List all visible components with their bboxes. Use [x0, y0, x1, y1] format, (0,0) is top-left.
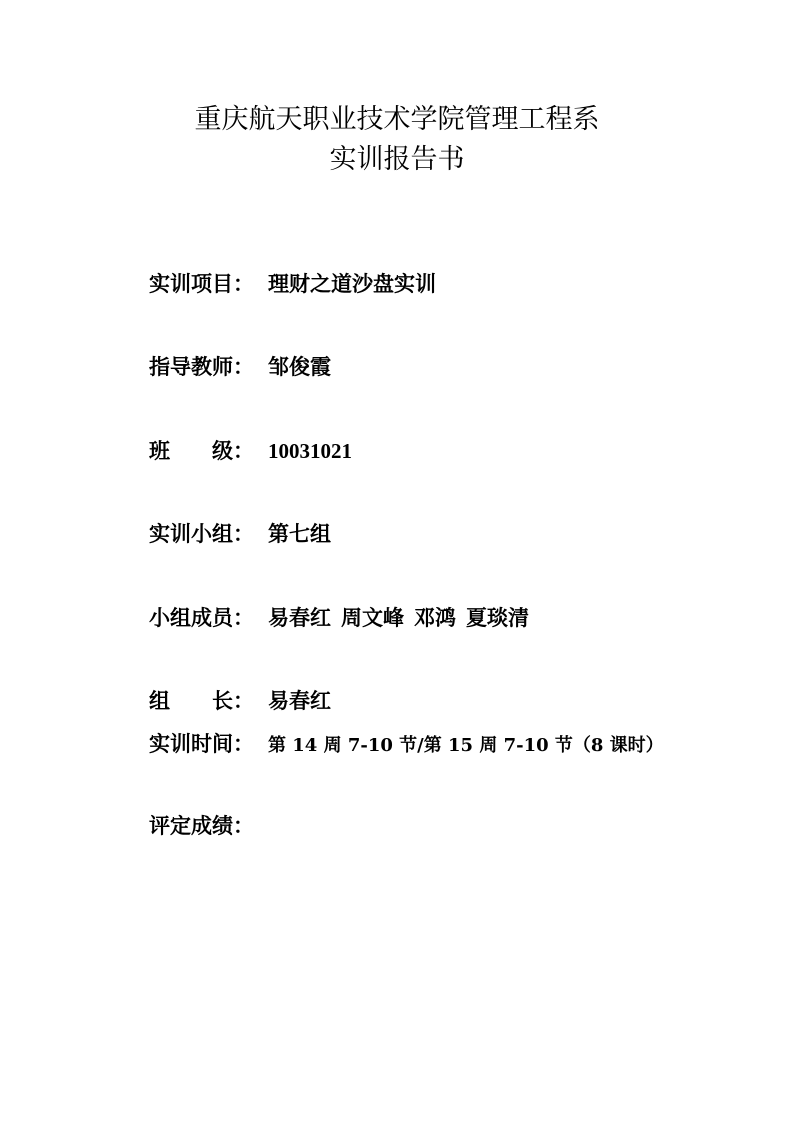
- field-members: 小组成员：易春红周文峰邓鸿夏琰清: [149, 607, 529, 628]
- field-label: 班 级：: [149, 440, 268, 461]
- member-name: 邓鸿: [414, 605, 456, 630]
- field-label: 实训小组：: [149, 523, 268, 544]
- field-grade: 评定成绩：: [149, 815, 268, 836]
- field-leader: 组 长：易春红: [149, 690, 331, 711]
- field-teacher: 指导教师：邹俊霞: [149, 356, 331, 377]
- field-value: 第七组: [268, 521, 331, 546]
- document-title-report: 实训报告书: [0, 146, 794, 173]
- field-project: 实训项目：理财之道沙盘实训: [149, 273, 436, 294]
- member-name: 夏琰清: [466, 605, 529, 630]
- field-value: 邹俊霞: [268, 354, 331, 379]
- field-label: 组 长：: [149, 690, 268, 711]
- field-value: 易春红: [268, 688, 331, 713]
- document-title-department: 重庆航天职业技术学院管理工程系: [0, 106, 794, 133]
- field-value: 第 14 周 7-10 节/第 15 周 7-10 节（8 课时）: [268, 735, 664, 756]
- field-value: 10031021: [268, 439, 352, 463]
- field-class: 班 级：10031021: [149, 440, 352, 462]
- field-group: 实训小组：第七组: [149, 523, 331, 544]
- field-label: 实训项目：: [149, 273, 268, 294]
- field-label: 评定成绩：: [149, 815, 268, 836]
- member-name: 周文峰: [341, 605, 404, 630]
- field-label: 指导教师：: [149, 356, 268, 377]
- field-label: 实训时间：: [149, 733, 268, 754]
- field-time: 实训时间：第 14 周 7-10 节/第 15 周 7-10 节（8 课时）: [149, 733, 664, 755]
- field-value: 理财之道沙盘实训: [268, 271, 436, 296]
- field-label: 小组成员：: [149, 607, 268, 628]
- member-name: 易春红: [268, 605, 331, 630]
